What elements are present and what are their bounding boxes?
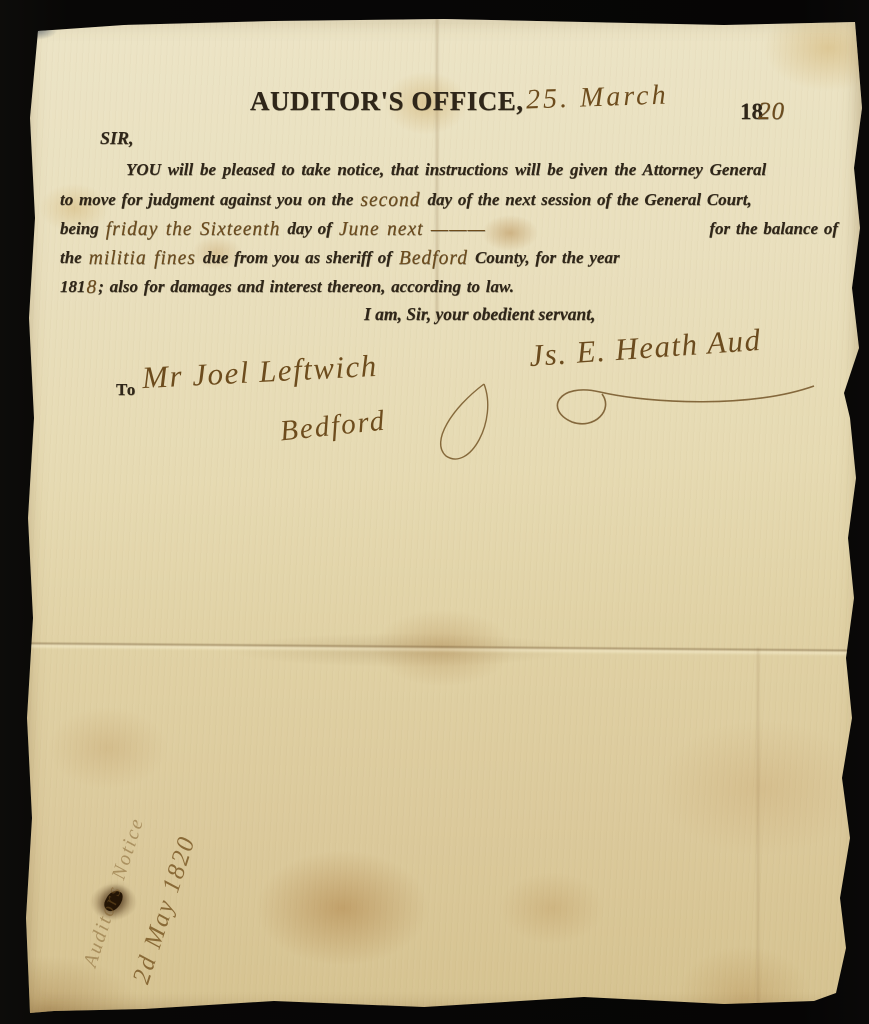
handwritten-fill-month: June next ——— — [339, 219, 486, 241]
handwritten-fill-year-digit: 8 — [87, 277, 98, 299]
printed-text: due from you as sheriff of — [203, 248, 392, 268]
body-line-1-text: YOU will be pleased to take notice, that… — [126, 160, 766, 180]
signature-flourish — [522, 370, 822, 430]
recipient-flourish — [422, 380, 512, 490]
handwritten-fill-day: friday the Sixteenth — [106, 219, 281, 241]
body-line-3: being friday the Sixteenth day of June n… — [60, 218, 838, 245]
printed-text: being — [60, 219, 99, 239]
office-title: AUDITOR'S OFFICE, — [250, 86, 524, 117]
valediction: I am, Sir, your obedient servant, — [364, 304, 595, 325]
scan-background: AUDITOR'S OFFICE, 25. March 1820 SIR, YO… — [0, 0, 869, 1024]
recipient-place: Bedford — [279, 405, 388, 449]
printed-text: for the balance of — [709, 219, 838, 239]
body-line-1: YOU will be pleased to take notice, that… — [60, 160, 869, 187]
printed-text: ; also for damages and interest thereon,… — [98, 277, 514, 297]
handwritten-fill-fines: militia fines — [89, 248, 196, 270]
body-line-4: the militia fines due from you as sherif… — [60, 247, 838, 274]
document-paper: AUDITOR'S OFFICE, 25. March 1820 SIR, YO… — [24, 18, 862, 1018]
handwritten-fill-second: second — [360, 190, 420, 212]
printed-text: day of the next session of the General C… — [428, 190, 752, 210]
printed-text: County, for the year — [475, 248, 620, 268]
year-field: 1820 — [740, 98, 785, 126]
docket-endorsement: Auditors Notice 2d May 1820 — [64, 644, 269, 991]
body-line-2: to move for judgment against you on the … — [60, 189, 838, 216]
handwritten-fill-county: Bedford — [399, 248, 468, 270]
salutation: SIR, — [100, 128, 134, 149]
body-line-5: 181 8 ; also for damages and interest th… — [60, 276, 838, 303]
recipient-name: Mr Joel Leftwich — [141, 348, 378, 396]
printed-text: to move for judgment against you on the — [60, 190, 353, 210]
auditor-signature: Js. E. Heath Aud — [528, 322, 763, 374]
vertical-fold-crease-bottom — [757, 648, 759, 1016]
to-label: To — [116, 380, 136, 400]
printed-text: the — [60, 248, 82, 268]
horizontal-fold-crease — [24, 642, 862, 651]
printed-text: 181 — [60, 277, 86, 297]
printed-text: day of — [287, 219, 331, 239]
year-handwritten-part: 20 — [758, 98, 785, 125]
handwritten-date: 25. March — [525, 80, 669, 117]
